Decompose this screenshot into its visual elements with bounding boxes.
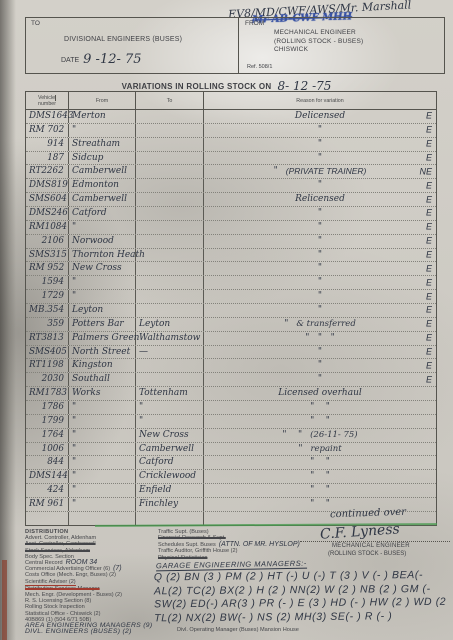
table-row: 1594""E — [26, 276, 436, 290]
engineering-flag: E — [426, 237, 432, 246]
reason-text: " — [274, 167, 278, 176]
reason-text: " — [318, 278, 322, 287]
reason-text: " " — [310, 500, 330, 509]
reason-cell: "E — [204, 373, 436, 386]
table-row: 844"Catford" " — [26, 456, 436, 470]
to-cell — [136, 124, 204, 137]
table-row: DMS1643MertonDelicensedE — [26, 110, 436, 124]
table-row: DMS144"Cricklewood" " — [26, 470, 436, 484]
table-row: 1786""" " — [26, 401, 436, 415]
vehicle-number-cell: 1006 — [26, 443, 69, 456]
handwritten-suffix: ROOM 34 — [66, 559, 98, 566]
reason-text: " " — [310, 403, 330, 412]
engineering-flag: E — [426, 181, 432, 190]
from-cell: " — [69, 276, 136, 289]
variations-table: Vehiclenumber From To Reason for variati… — [25, 91, 437, 526]
reason-text: Relicensed — [295, 195, 345, 204]
to-cell: — — [136, 346, 204, 359]
engineering-flag: E — [426, 126, 432, 135]
reason-note: (PRIVATE TRAINER) — [286, 167, 367, 176]
from-cell: Edmonton — [69, 179, 136, 192]
vehicle-number-cell: DMS1643 — [26, 110, 69, 123]
reason-cell: RelicensedE — [204, 193, 436, 206]
to-cell: Cricklewood — [136, 470, 204, 483]
table-row: MB.354Leyton"E — [26, 304, 436, 318]
handwritten-suffix: (ATTN. OF MR. HYSLOP) — [219, 541, 300, 548]
table-row: 187Sidcup"E — [26, 152, 436, 166]
reason-cell: "E — [204, 249, 436, 262]
to-cell — [136, 262, 204, 275]
from-cell: " — [69, 221, 136, 234]
reason-cell: " " — [204, 456, 436, 469]
to-label: TO — [31, 20, 40, 27]
from-cell: Camberwell — [69, 193, 136, 206]
to-cell — [136, 110, 204, 123]
sender-address-line: MECHANICAL ENGINEER — [274, 29, 363, 38]
reason-text: " " — [310, 472, 330, 481]
engineering-flag: E — [426, 223, 432, 232]
vehicle-number-cell: 1729 — [26, 290, 69, 303]
vehicle-number-cell: RM 961 — [26, 498, 69, 511]
from-cell: Thornton Heath — [69, 249, 136, 262]
date-label: DATE — [61, 57, 79, 64]
engineering-flag: E — [426, 375, 432, 384]
reason-cell: Licensed overhaul — [204, 387, 436, 400]
vehicle-number-cell: RT1198 — [26, 359, 69, 372]
to-cell — [136, 359, 204, 372]
to-cell — [136, 179, 204, 192]
reason-cell: DelicensedE — [204, 110, 436, 123]
distribution-item: DIVL. ENGINEERS (BUSES) (2) — [25, 629, 160, 635]
reference-number: Ref. 508/1 — [247, 64, 272, 70]
reason-cell: "E — [204, 124, 436, 137]
from-cell: Leyton — [69, 304, 136, 317]
reason-cell: "E — [204, 346, 436, 359]
handwritten-suffix: (7) — [113, 565, 122, 572]
from-cell: Camberwell — [69, 165, 136, 178]
reason-text: " — [318, 223, 322, 232]
reason-cell: "E — [204, 221, 436, 234]
reason-cell: "& transferredE — [204, 318, 436, 331]
to-cell — [136, 207, 204, 220]
form-title: VARIATIONS IN ROLLING STOCK ON — [122, 82, 272, 91]
reason-cell: " "(26-11- 75) — [204, 429, 436, 442]
header-to-section: TO DIVISIONAL ENGINEERS (BUSES) DATE9 -1… — [26, 18, 239, 73]
reason-text: " — [318, 209, 322, 218]
table-row: 1764"New Cross" "(26-11- 75) — [26, 429, 436, 443]
from-cell: Catford — [69, 207, 136, 220]
reason-text: " — [284, 320, 288, 329]
signatory-title-1: MECHANICAL ENGINEER — [332, 543, 410, 549]
engineering-flag: E — [426, 292, 432, 301]
distribution-list-right: Traffic Supt. (Buses)Financial Research … — [158, 529, 308, 561]
table-row: 359Potters BarLeyton"& transferredE — [26, 318, 436, 332]
vehicle-number-cell: RM1084 — [26, 221, 69, 234]
table-row: RM1783WorksTottenhamLicensed overhaul — [26, 387, 436, 401]
vehicle-number-cell — [26, 512, 69, 525]
from-cell — [69, 512, 136, 525]
scan-edge-shadow — [0, 0, 16, 640]
scanned-form: EV8/MD/CWF/AWS/Mr. Marshall Mr AB-CWF MH… — [0, 0, 453, 640]
to-cell — [136, 165, 204, 178]
garage-codes: Q (2) BN (3 ) PM (2 ) HT (-) U (-) T (3 … — [154, 569, 453, 626]
table-row: 1006"Camberwell"repaint — [26, 443, 436, 457]
reason-text: " " " — [305, 334, 335, 343]
reason-cell: "(PRIVATE TRAINER)NE — [204, 165, 436, 178]
to-cell — [136, 221, 204, 234]
from-cell: Merton — [69, 110, 136, 123]
from-cell: Palmers Green — [69, 332, 136, 345]
from-cell: " — [69, 290, 136, 303]
reason-text: " — [318, 251, 322, 260]
vehicle-number-cell: 1799 — [26, 415, 69, 428]
operating-manager-line: Divl. Operating Manager (Buses) Mansion … — [177, 627, 299, 633]
reason-text: " " — [310, 486, 330, 495]
header-from-section: FROM MECHANICAL ENGINEER(ROLLING STOCK -… — [239, 18, 444, 73]
distribution-item: Scientific Adviser (2) — [25, 579, 76, 586]
reason-text: Licensed overhaul — [278, 389, 362, 398]
table-row: 1799""" " — [26, 415, 436, 429]
from-cell: Works — [69, 387, 136, 400]
reason-cell: "repaint — [204, 443, 436, 456]
vehicle-number-cell: 424 — [26, 484, 69, 497]
to-cell — [136, 512, 204, 525]
from-cell: " — [69, 443, 136, 456]
from-cell: " — [69, 484, 136, 497]
signature-rule — [300, 541, 450, 542]
vehicle-number-cell: 2030 — [26, 373, 69, 386]
table-row: 914Streatham"E — [26, 138, 436, 152]
red-margin-mark — [2, 560, 7, 640]
from-cell: Sidcup — [69, 152, 136, 165]
to-cell — [136, 152, 204, 165]
reason-text: " " — [282, 431, 302, 440]
table-row: RM1084""E — [26, 221, 436, 235]
table-row: DMS246Catford"E — [26, 207, 436, 221]
reason-cell: "E — [204, 304, 436, 317]
from-cell: " — [69, 124, 136, 137]
vehicle-number-cell: 844 — [26, 456, 69, 469]
vehicle-number-cell: SMS315 — [26, 249, 69, 262]
col-header-reason: Reason for variation — [204, 92, 436, 109]
vehicle-number-cell: SMS405 — [26, 346, 69, 359]
table-header-row: Vehiclenumber From To Reason for variati… — [26, 92, 436, 110]
reason-text: " — [318, 264, 322, 273]
reason-cell: "E — [204, 276, 436, 289]
to-cell — [136, 249, 204, 262]
reason-cell: "E — [204, 290, 436, 303]
vehicle-number-cell: RM 702 — [26, 124, 69, 137]
reason-text: " — [318, 361, 322, 370]
reason-text: " — [318, 181, 322, 190]
reason-text: " — [318, 306, 322, 315]
table-row: RT1198Kingston"E — [26, 359, 436, 373]
header-box: TO DIVISIONAL ENGINEERS (BUSES) DATE9 -1… — [25, 17, 445, 74]
reason-cell: "E — [204, 207, 436, 220]
table-row: 2106Norwood"E — [26, 235, 436, 249]
to-cell — [136, 193, 204, 206]
to-cell: Leyton — [136, 318, 204, 331]
from-cell: Kingston — [69, 359, 136, 372]
table-row: RT2262Camberwell"(PRIVATE TRAINER)NE — [26, 165, 436, 179]
from-cell: North Street — [69, 346, 136, 359]
date-line: DATE9 -12- 75 — [61, 51, 142, 66]
reason-cell: "E — [204, 235, 436, 248]
from-cell: Streatham — [69, 138, 136, 151]
engineering-flag: E — [426, 195, 432, 204]
col-header-to: To — [136, 92, 204, 109]
to-cell: New Cross — [136, 429, 204, 442]
vehicle-number-cell: 187 — [26, 152, 69, 165]
to-cell: " — [136, 401, 204, 414]
table-row: SMS405North Street—"E — [26, 346, 436, 360]
reason-text: " — [318, 140, 322, 149]
to-cell — [136, 373, 204, 386]
sender-address-line: (ROLLING STOCK - BUSES) — [274, 38, 363, 47]
signatory-title-2: (ROLLING STOCK - BUSES) — [328, 551, 406, 557]
to-cell: Catford — [136, 456, 204, 469]
to-cell: Enfield — [136, 484, 204, 497]
table-row: RM 702""E — [26, 124, 436, 138]
table-row: SMS315Thornton Heath"E — [26, 249, 436, 263]
vehicle-number-cell: 1786 — [26, 401, 69, 414]
vehicle-number-cell: MB.354 — [26, 304, 69, 317]
engineering-flag: E — [426, 112, 432, 121]
reason-note: & transferred — [296, 320, 355, 329]
engineering-flag: E — [426, 361, 432, 370]
from-cell: Potters Bar — [69, 318, 136, 331]
engineering-flag: E — [426, 306, 432, 315]
to-cell — [136, 290, 204, 303]
reason-note: (26-11- 75) — [310, 431, 358, 440]
vehicle-number-cell: SMS604 — [26, 193, 69, 206]
vehicle-number-cell: DMS144 — [26, 470, 69, 483]
date-value-handwritten: 9 -12- 75 — [83, 52, 141, 67]
garage-code-row: SW(2) ED(-) AR(3 ) PR (- ) E (3 ) HD (- … — [154, 596, 453, 612]
to-cell — [136, 304, 204, 317]
reason-cell: " " — [204, 415, 436, 428]
reason-text: " " — [310, 458, 330, 467]
vehicle-number-cell: 359 — [26, 318, 69, 331]
table-row: 2030Southall"E — [26, 373, 436, 387]
col-header-from: From — [69, 92, 136, 109]
reason-text: " — [318, 154, 322, 163]
to-cell — [136, 138, 204, 151]
vehicle-number-cell: 1594 — [26, 276, 69, 289]
engineering-flag: E — [426, 251, 432, 260]
vehicle-number-cell: RT3813 — [26, 332, 69, 345]
reason-text: " — [318, 126, 322, 135]
vehicle-number-cell: 1764 — [26, 429, 69, 442]
to-cell: " — [136, 415, 204, 428]
reason-text: Delicensed — [295, 112, 345, 121]
engineering-flag: E — [426, 278, 432, 287]
to-cell — [136, 235, 204, 248]
reason-cell: " " — [204, 484, 436, 497]
from-cell: " — [69, 470, 136, 483]
engineering-flag: E — [426, 140, 432, 149]
reason-text: " — [298, 445, 302, 454]
table-row: 1729""E — [26, 290, 436, 304]
vehicle-number-cell: RM1783 — [26, 387, 69, 400]
engineering-flag: E — [426, 334, 432, 343]
reason-cell: " " — [204, 470, 436, 483]
reason-cell: " " "E — [204, 332, 436, 345]
vehicle-number-cell: RM 952 — [26, 262, 69, 275]
to-cell — [136, 276, 204, 289]
distribution-list-left: DISTRIBUTIONAdvert. Controller, Aldenham… — [25, 529, 160, 635]
from-cell: " — [69, 429, 136, 442]
to-cell: Tottenham — [136, 387, 204, 400]
from-label: FROM — [245, 20, 264, 27]
to-cell: Finchley — [136, 498, 204, 511]
engineering-flag: E — [426, 348, 432, 357]
table-row: RM 952New Cross"E — [26, 262, 436, 276]
engineering-flag: E — [426, 154, 432, 163]
from-cell: " — [69, 415, 136, 428]
recipient-name: DIVISIONAL ENGINEERS (BUSES) — [64, 36, 182, 43]
engineering-flag: E — [426, 320, 432, 329]
sender-address-line: CHISWICK — [274, 46, 363, 55]
vehicle-number-cell: 914 — [26, 138, 69, 151]
from-cell: Southall — [69, 373, 136, 386]
reason-cell: "E — [204, 359, 436, 372]
reason-text: " — [318, 375, 322, 384]
from-cell: " — [69, 498, 136, 511]
engineering-flag: E — [426, 209, 432, 218]
garage-code-row: TL(2) NX(2) BW(- ) NS (2) MH(3) SE(- ) R… — [154, 609, 453, 625]
table-row: DMS819Edmonton"E — [26, 179, 436, 193]
reason-cell: " " — [204, 401, 436, 414]
reason-text: " — [318, 292, 322, 301]
to-cell: Camberwell — [136, 443, 204, 456]
vehicle-number-cell: RT2262 — [26, 165, 69, 178]
vehicle-number-cell: DMS246 — [26, 207, 69, 220]
reason-text: " — [318, 348, 322, 357]
reason-cell: "E — [204, 138, 436, 151]
table-row: SMS604CamberwellRelicensedE — [26, 193, 436, 207]
col-header-vehicle: Vehiclenumber — [26, 92, 69, 109]
from-cell: New Cross — [69, 262, 136, 275]
reason-text: " — [318, 237, 322, 246]
from-cell: Norwood — [69, 235, 136, 248]
reason-note: repaint — [310, 445, 341, 454]
vehicle-number-cell: DMS819 — [26, 179, 69, 192]
from-cell: " — [69, 456, 136, 469]
engineering-flag: NE — [419, 167, 432, 176]
reason-cell: "E — [204, 179, 436, 192]
reason-cell: "E — [204, 262, 436, 275]
reason-cell: "E — [204, 152, 436, 165]
vehicle-number-cell: 2106 — [26, 235, 69, 248]
from-cell: " — [69, 401, 136, 414]
reason-text: " " — [310, 417, 330, 426]
engineering-flag: E — [426, 264, 432, 273]
table-row: RT3813Palmers GreenWalthamstow" " "E — [26, 332, 436, 346]
sender-address: MECHANICAL ENGINEER(ROLLING STOCK - BUSE… — [274, 29, 363, 55]
table-row: 424"Enfield" " — [26, 484, 436, 498]
to-cell: Walthamstow — [136, 332, 204, 345]
